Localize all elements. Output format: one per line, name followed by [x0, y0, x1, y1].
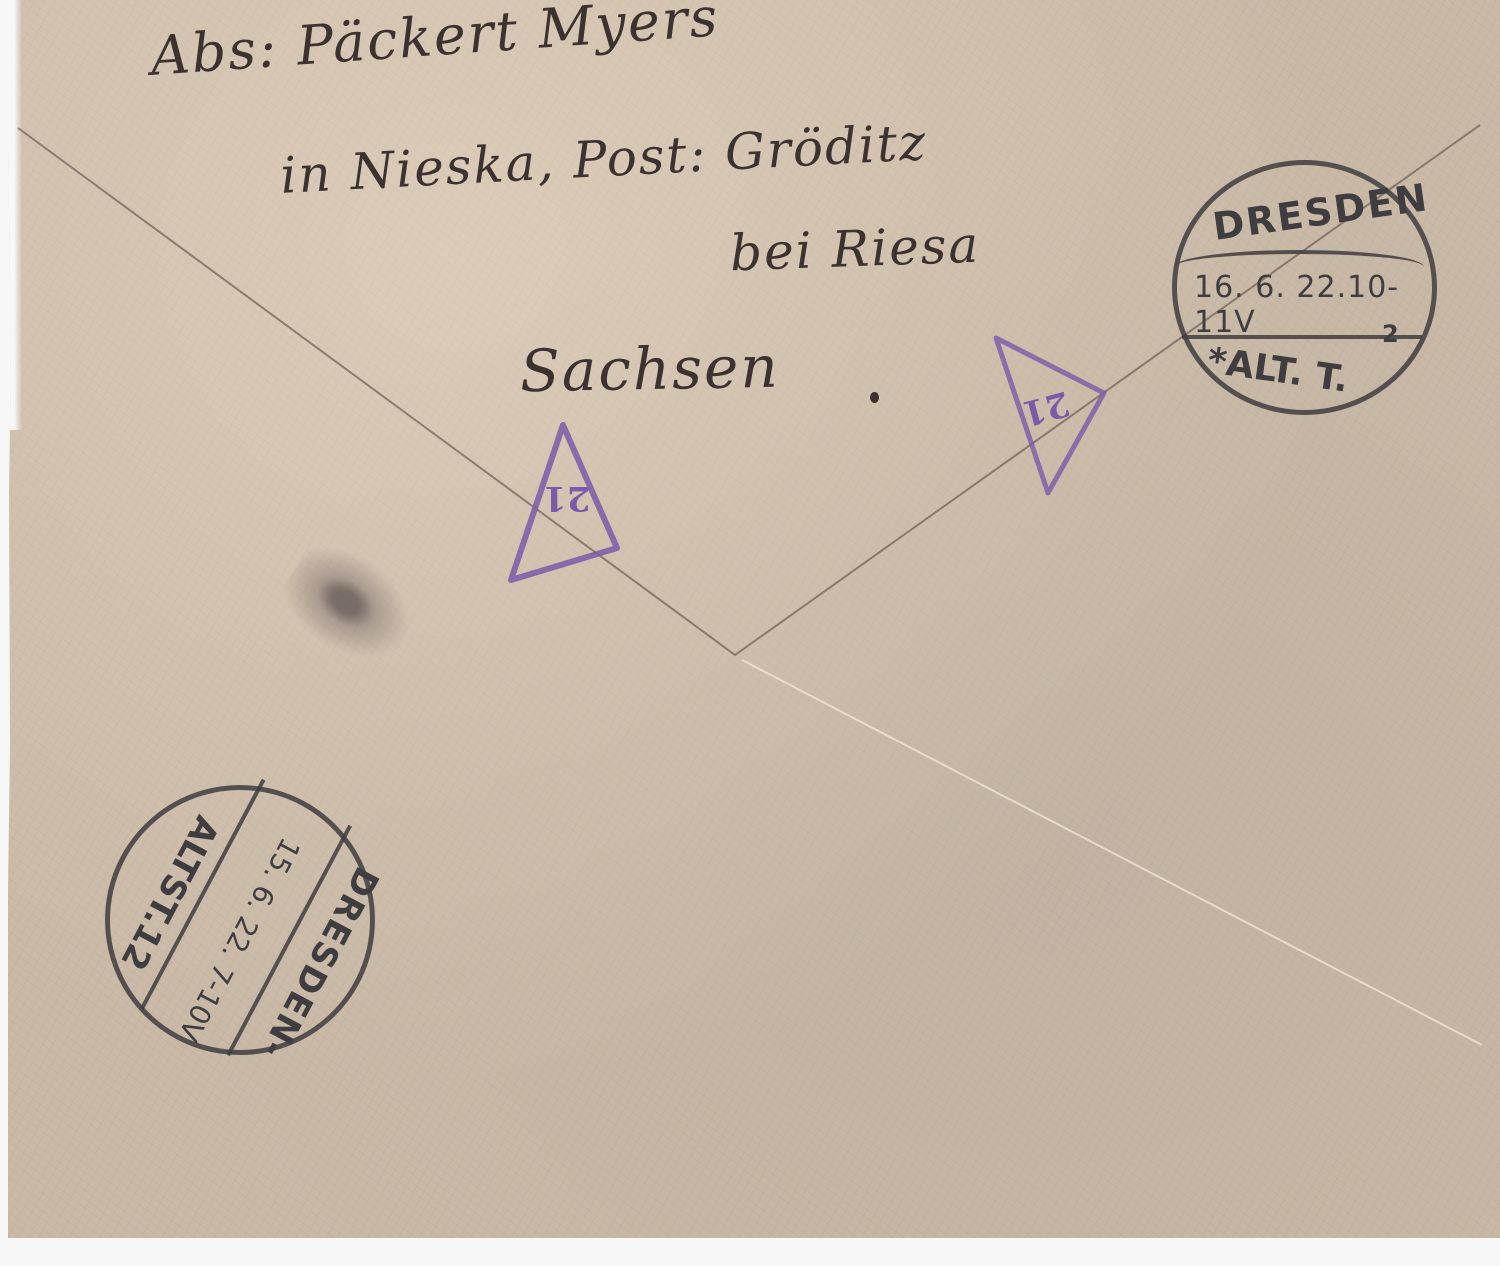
sender-line-3: bei Riesa — [729, 216, 981, 283]
postmark-dresden-alt: DRESDEN 16. 6. 22.10-11V *ALT. T. 2 — [1172, 160, 1437, 415]
sender-line-4: Sachsen — [519, 333, 780, 406]
censor-triangle-left: 21 — [505, 420, 625, 585]
censor-number: 21 — [543, 478, 590, 518]
postmark-date: 16. 6. 22.10-11V — [1194, 270, 1437, 340]
postmark-number: 2 — [1382, 320, 1399, 348]
censor-triangle-right: 21 — [992, 333, 1112, 498]
period-mark — [870, 392, 879, 403]
